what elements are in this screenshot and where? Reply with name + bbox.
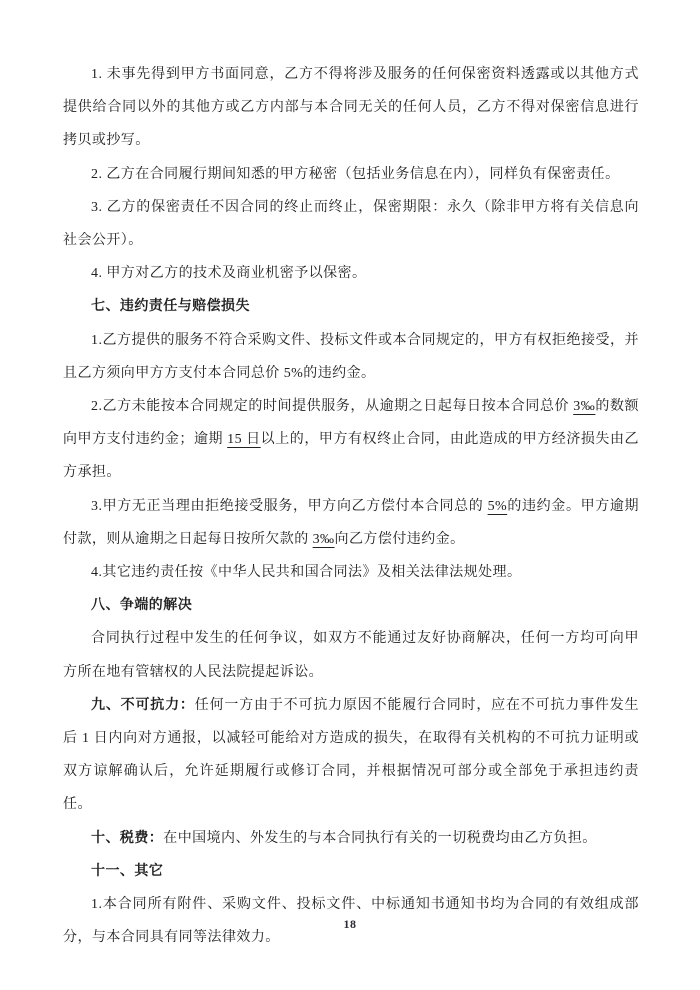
text-run: 向乙方偿付违约金。: [335, 532, 465, 547]
text-run: 4. 甲方对乙方的技术及商业机密予以保密。: [91, 266, 366, 281]
text-run: 3‰: [313, 532, 335, 547]
clause-9-force-majeure: 九、不可抗力：任何一方由于不可抗力原因不能履行合同时，应在不可抗力事件发生后 1…: [63, 689, 639, 822]
clause-7-1: 1.乙方提供的服务不符合采购文件、投标文件或本合同规定的，甲方有权拒绝接受，并且…: [63, 324, 639, 390]
clause-8-1: 合同执行过程中发生的任何争议，如双方不能通过友好协商解决，任何一方均可向甲方所在…: [63, 622, 639, 688]
text-run: 3.甲方无正当理由拒绝接受服务，甲方向乙方偿付本合同总的: [91, 499, 488, 514]
text-run: 在中国境内、外发生的与本合同执行有关的一切税费均由乙方负担。: [163, 831, 597, 846]
text-run: 3. 乙方的保密责任不因合同的终止而终止，保密期限：永久（除非甲方将有关信息向社…: [63, 200, 639, 248]
text-run: 任何一方由于不可抗力原因不能履行合同时，应在不可抗力事件发生后 1 日内向对方通…: [63, 698, 639, 813]
text-run: 九、不可抗力：: [91, 698, 195, 713]
clause-confidentiality-2: 2. 乙方在合同履行期间知悉的甲方秘密（包括业务信息在内），同样负有保密责任。: [63, 158, 639, 191]
clause-10-taxes: 十、税费：在中国境内、外发生的与本合同执行有关的一切税费均由乙方负担。: [63, 822, 639, 855]
clause-7-4: 4.其它违约责任按《中华人民共和国合同法》及相关法律法规处理。: [63, 556, 639, 589]
text-run: 七、违约责任与赔偿损失: [91, 299, 250, 314]
page-number: 18: [0, 917, 700, 932]
document-body: 1. 未事先得到甲方书面同意，乙方不得将涉及服务的任何保密资料透露或以其他方式提…: [63, 58, 639, 954]
text-run: 2. 乙方在合同履行期间知悉的甲方秘密（包括业务信息在内），同样负有保密责任。: [91, 167, 620, 182]
clause-confidentiality-4: 4. 甲方对乙方的技术及商业机密予以保密。: [63, 257, 639, 290]
text-run: 4.其它违约责任按《中华人民共和国合同法》及相关法律法规处理。: [91, 565, 521, 580]
text-run: 3‰: [573, 399, 595, 414]
contract-page: 1. 未事先得到甲方书面同意，乙方不得将涉及服务的任何保密资料透露或以其他方式提…: [0, 0, 700, 990]
clause-confidentiality-3: 3. 乙方的保密责任不因合同的终止而终止，保密期限：永久（除非甲方将有关信息向社…: [63, 191, 639, 257]
text-run: 十一、其它: [91, 864, 163, 879]
text-run: 合同执行过程中发生的任何争议，如双方不能通过友好协商解决，任何一方均可向甲方所在…: [63, 631, 639, 679]
text-run: 5%: [488, 499, 508, 514]
text-run: 2.乙方未能按本合同规定的时间提供服务，从逾期之日起每日按本合同总价: [91, 399, 573, 414]
clause-confidentiality-1: 1. 未事先得到甲方书面同意，乙方不得将涉及服务的任何保密资料透露或以其他方式提…: [63, 58, 639, 158]
text-run: 八、争端的解决: [91, 598, 192, 613]
section-8-heading: 八、争端的解决: [63, 589, 639, 622]
clause-7-3: 3.甲方无正当理由拒绝接受服务，甲方向乙方偿付本合同总的 5%的违约金。甲方逾期…: [63, 490, 639, 556]
text-run: 十、税费：: [91, 831, 163, 846]
text-run: 15 日: [227, 432, 261, 447]
section-11-heading: 十一、其它: [63, 855, 639, 888]
text-run: 1.乙方提供的服务不符合采购文件、投标文件或本合同规定的，甲方有权拒绝接受，并且…: [63, 333, 639, 381]
text-run: 1. 未事先得到甲方书面同意，乙方不得将涉及服务的任何保密资料透露或以其他方式提…: [63, 67, 639, 148]
clause-7-2: 2.乙方未能按本合同规定的时间提供服务，从逾期之日起每日按本合同总价 3‰的数额…: [63, 390, 639, 490]
section-7-heading: 七、违约责任与赔偿损失: [63, 290, 639, 323]
